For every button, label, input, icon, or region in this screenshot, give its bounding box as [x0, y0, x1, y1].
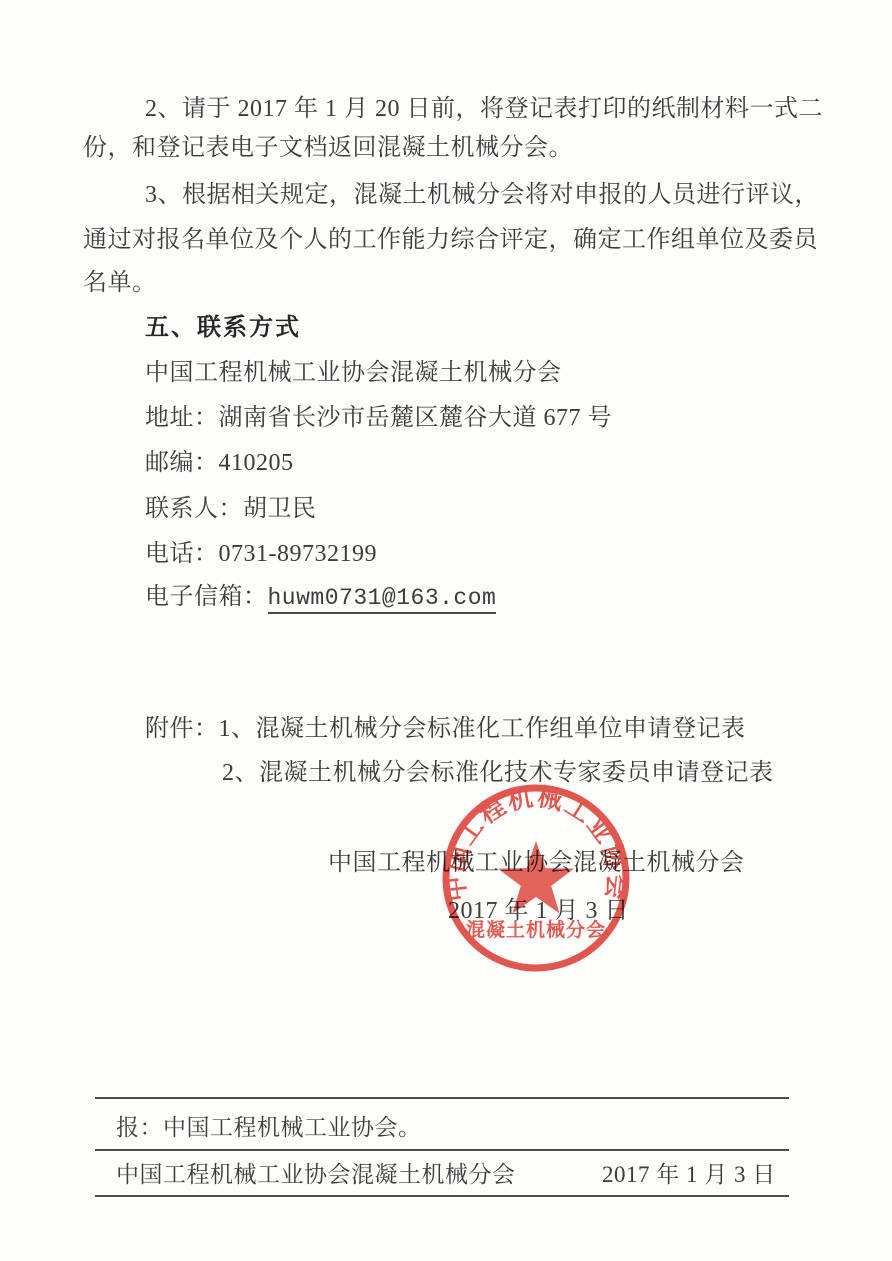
stamp-bottom-text: 混凝土机械分会: [466, 918, 606, 941]
section-heading-contact: 五、联系方式: [145, 313, 301, 343]
attachments-label: 附件：: [145, 716, 219, 742]
address-label: 地址：: [145, 405, 219, 431]
paragraph-3-line-3: 名单。: [83, 268, 157, 298]
footer-report-line: 报：中国工程机械工业协会。: [116, 1114, 422, 1143]
official-seal-stamp: 中国工程机械工业协会 混凝土机械分会: [436, 778, 636, 978]
paragraph-2-line-1: 2、请于 2017 年 1 月 20 日前，将登记表打印的纸制材料一式二: [145, 94, 823, 124]
phone-value: 0731-89732199: [219, 541, 378, 567]
contact-address-line: 地址：湖南省长沙市岳麓区麓谷大道 677 号: [145, 403, 612, 433]
email-link[interactable]: huwm0731@163.com: [268, 585, 497, 614]
contact-person-line: 联系人：胡卫民: [145, 494, 317, 524]
stamp-star-icon: [498, 841, 574, 913]
attachment-item-1: 1、混凝土机械分会标准化工作组单位申请登记表: [219, 716, 746, 742]
contact-person-value: 胡卫民: [243, 496, 317, 522]
scanned-document-page: 2、请于 2017 年 1 月 20 日前，将登记表打印的纸制材料一式二 份，和…: [0, 0, 892, 1261]
postcode-label: 邮编：: [145, 450, 219, 476]
attachments-line-1: 附件：1、混凝土机械分会标准化工作组单位申请登记表: [145, 714, 746, 744]
contact-person-label: 联系人：: [145, 496, 243, 522]
contact-phone-line: 电话：0731-89732199: [145, 539, 377, 569]
footer-rule-middle: [95, 1149, 789, 1151]
postcode-value: 410205: [219, 450, 294, 476]
phone-label: 电话：: [145, 541, 219, 567]
footer-rule-top: [95, 1097, 789, 1099]
footer-rule-bottom: [95, 1195, 789, 1197]
contact-email-line: 电子信箱：huwm0731@163.com: [145, 582, 496, 613]
address-value: 湖南省长沙市岳麓区麓谷大道 677 号: [219, 405, 613, 431]
contact-org-line: 中国工程机械工业协会混凝土机械分会: [145, 358, 562, 388]
paragraph-3-line-2: 通过对报名单位及个人的工作能力综合评定，确定工作组单位及委员: [83, 225, 818, 255]
paragraph-3-line-1: 3、根据相关规定，混凝土机械分会将对申报的人员进行评议，: [145, 180, 819, 210]
email-label: 电子信箱：: [145, 584, 268, 610]
footer-date: 2017 年 1 月 3 日: [602, 1161, 776, 1190]
paragraph-2-line-2: 份，和登记表电子文档返回混凝土机械分会。: [83, 133, 573, 163]
footer-org: 中国工程机械工业协会混凝土机械分会: [116, 1161, 516, 1190]
contact-postcode-line: 邮编：410205: [145, 448, 294, 478]
